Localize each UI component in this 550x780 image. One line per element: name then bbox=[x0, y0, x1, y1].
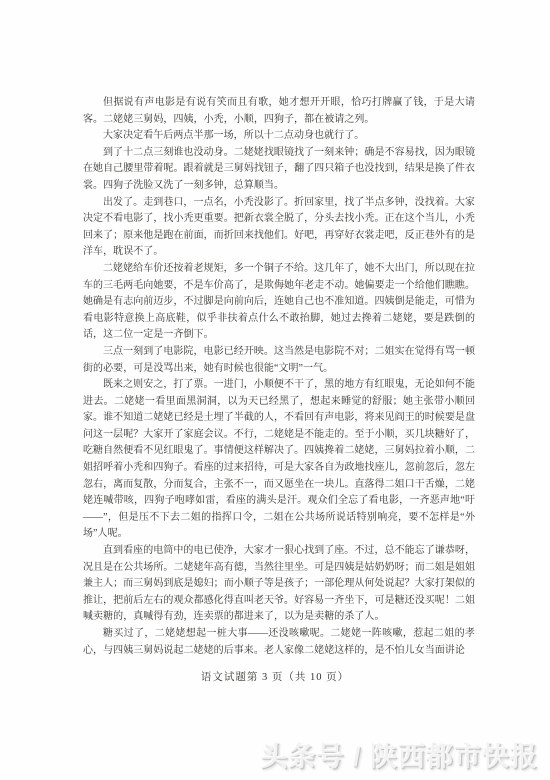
page-footer: 语文试题第 3 页（共 10 页） bbox=[0, 669, 550, 684]
passage-paragraph-4: 出发了。走到巷口，一点名，小秃没影了。折回家里，找了半点多钟，没找着。大家决定不… bbox=[83, 195, 475, 261]
passage-paragraph-6: 三点一刻到了电影院，电影已经开映。这当然是电影院不对；二姐实在觉得有骂一顿街的必… bbox=[83, 344, 475, 377]
passage-paragraph-3: 到了十二点三刻谁也没动身。二姥姥找眼镜找了一刻来钟；确是不容易找，因为眼镜在她自… bbox=[83, 145, 475, 195]
passage-paragraph-7: 既来之则安之，打了票。一进门，小顺便不干了，黑的地方有红眼鬼，无论如何不能进去。… bbox=[83, 377, 475, 543]
scanned-exam-page: 但据说有声电影是有说有笑而且有歌，她才想开开眼，恰巧打牌赢了钱，于是大请客。二姥… bbox=[0, 0, 550, 780]
passage-text: 但据说有声电影是有说有笑而且有歌，她才想开开眼，恰巧打牌赢了钱，于是大请客。二姥… bbox=[83, 95, 475, 659]
passage-paragraph-1: 但据说有声电影是有说有笑而且有歌，她才想开开眼，恰巧打牌赢了钱，于是大请客。二姥… bbox=[83, 95, 475, 128]
passage-paragraph-5: 二姥姥给车价还按着老规矩，多一个铜子不给。这几年了，她不大出门，所以现在拉车的三… bbox=[83, 261, 475, 344]
passage-paragraph-9: 糖买过了，二姥姥想起一桩大事——还没咳嗽呢。二姥姥一阵咳嗽，惹起二姐的孝心，与四… bbox=[83, 626, 475, 659]
passage-paragraph-8: 直到看座的电筒中的电已使净，大家才一狠心找到了座。不过，总不能忘了谦恭呀，况且是… bbox=[83, 543, 475, 626]
toutiao-watermark: 头条号 / 陕西都市快报 bbox=[260, 735, 538, 774]
passage-paragraph-2: 大家决定看午后两点半那一场，所以十二点动身也就行了。 bbox=[83, 128, 475, 145]
